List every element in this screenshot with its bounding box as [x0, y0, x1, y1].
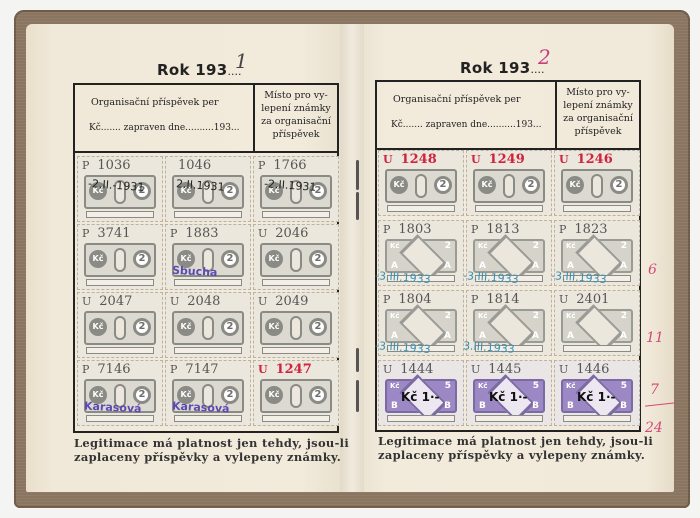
stamp-serial-number: 1247 [276, 362, 312, 377]
stamp-series-prefix: U [559, 293, 568, 306]
left-footer-note: Legitimace má platnost jen tehdy, jsou-l… [74, 436, 349, 464]
contribution-header-cell: Organisační příspěvek per Kč....... zapr… [377, 82, 557, 148]
stamp-series-prefix: U [471, 363, 480, 376]
kc-roundel: Kč [89, 318, 107, 336]
value-roundel: 2 [221, 250, 239, 268]
stamp-serial: U2046 [258, 226, 334, 241]
value-roundel: 2 [133, 318, 151, 336]
series-letter: A [620, 331, 627, 341]
kc-label: Kč [390, 312, 400, 320]
stamp-serial-number: 2049 [275, 294, 308, 309]
stamp-blank-strip [563, 345, 631, 352]
stamp-blank-strip [563, 415, 631, 422]
footer-line: zaplaceny příspěvky a vylepeny známky. [74, 450, 349, 464]
stamp-blank-strip [563, 205, 631, 212]
stamp-design: Kč2AA [385, 309, 457, 343]
revenue-stamp: U1444Kč5BBKč 1·- [378, 360, 464, 426]
revenue-stamp: P1803Kč2AA-3.III.1933 [378, 220, 464, 286]
kc-roundel: Kč [478, 176, 496, 194]
stamp-serial: P1803 [383, 222, 459, 237]
stamp-serial: U1247 [258, 362, 334, 377]
value-label: 2 [533, 311, 539, 321]
margin-note: 24 [645, 420, 663, 436]
stamp-serial: U1248 [383, 152, 459, 167]
stamp-place-line: lepení známky [557, 99, 639, 112]
right-footer-note: Legitimace má platnost jen tehdy, jsou-l… [378, 434, 653, 462]
series-letter: A [620, 261, 627, 271]
contribution-label: Organisační příspěvek per [393, 94, 521, 105]
handwritten-year-digit: 2 [538, 45, 551, 69]
value-label: 2 [445, 311, 451, 321]
stamp-blank-strip [387, 205, 455, 212]
mercury-head-icon [591, 174, 603, 198]
series-letter: B [444, 401, 451, 411]
revenue-stamp: P1036Kč2-2.II.-1931 [77, 156, 163, 222]
revenue-stamp: U2046Kč2 [253, 224, 339, 290]
stamp-design: Kč2AA [385, 239, 457, 273]
revenue-stamp: P1823Kč2AA-3.III.1933 [554, 220, 640, 286]
stamp-place-line: příspěvek [557, 125, 639, 138]
series-letter: B [479, 401, 486, 411]
cancellation-mark: -3.III.1933 [463, 269, 519, 286]
stamp-serial: U2047 [82, 294, 158, 309]
stamp-series-prefix: P [471, 293, 478, 306]
stamp-series-prefix: U [559, 153, 569, 166]
contribution-label: Organisační příspěvek per [91, 97, 219, 108]
value-roundel: 2 [610, 176, 628, 194]
stamp-design: Kč2 [385, 169, 457, 203]
year-label: Rok 193 [157, 61, 227, 79]
mercury-head-icon [415, 174, 427, 198]
kc-label: Kč [478, 242, 488, 250]
revenue-stamp: P1804Kč2AA-3.III.1933 [378, 290, 464, 356]
series-letter: A [444, 261, 451, 271]
kc-label: Kč [390, 382, 400, 390]
stamp-blank-strip [86, 211, 154, 218]
value-label: 5 [533, 381, 539, 391]
kc-roundel: Kč [265, 386, 283, 404]
mercury-head-icon [114, 248, 126, 272]
stamp-serial-number: 1249 [489, 152, 525, 167]
stamp-serial: P3741 [82, 226, 158, 241]
staple-bottom-1 [356, 348, 359, 372]
stamp-series-prefix: U [258, 363, 268, 376]
paid-date-line: Kč....... zapraven dne..........193... [89, 123, 240, 133]
footer-line: Legitimace má platnost jen tehdy, jsou-l… [74, 436, 349, 450]
series-letter: B [620, 401, 627, 411]
revenue-stamp: U2401Kč2AA [554, 290, 640, 356]
stamp-place-line: příspěvek [255, 128, 337, 141]
revenue-stamp: P7146Kč2Karasová [77, 360, 163, 426]
kc-roundel: Kč [265, 318, 283, 336]
kc-roundel: Kč [566, 176, 584, 194]
stamp-serial-number: 7147 [185, 362, 218, 377]
stamp-serial: U1445 [471, 362, 547, 377]
revenue-stamp: P1814Kč2AA3.III.1933 [466, 290, 552, 356]
stamp-design: Kč2AA [473, 309, 545, 343]
stamp-serial: U2049 [258, 294, 334, 309]
stamp-blank-strip [86, 415, 154, 422]
left-year-heading: Rok 193.... 1 [157, 61, 241, 79]
right-year-heading: Rok 193.... 2 [460, 59, 544, 77]
staple-top-2 [356, 192, 359, 220]
revenue-stamp: U2049Kč2 [253, 292, 339, 358]
stamp-blank-strip [174, 347, 242, 354]
revenue-stamp: P1883Kč2Sbucha [165, 224, 251, 290]
stamp-series-prefix: U [170, 295, 179, 308]
stamp-serial: U1246 [559, 152, 635, 167]
stamp-serial-number: 1036 [97, 158, 130, 173]
stamp-serial: 1046 [170, 158, 246, 173]
stamp-serial: U2048 [170, 294, 246, 309]
revenue-stamp: U2047Kč2 [77, 292, 163, 358]
stamp-serial: P7147 [170, 362, 246, 377]
stamp-serial-number: 1046 [178, 158, 211, 173]
stamp-blank-strip [475, 205, 543, 212]
stamp-series-prefix: P [383, 293, 390, 306]
kc-label: Kč [566, 242, 576, 250]
stamp-place-line: Místo pro vy- [557, 86, 639, 99]
stamp-design: Kč2 [84, 243, 156, 277]
contribution-header-cell: Organisační příspěvek per Kč....... zapr… [75, 85, 255, 151]
stamp-place-line: za organisační [557, 112, 639, 125]
margin-note: 11 [646, 330, 664, 346]
stamp-serial: U1444 [383, 362, 459, 377]
series-letter: A [444, 331, 451, 341]
stamp-design: Kč2AA [473, 239, 545, 273]
footer-line: Legitimace má platnost jen tehdy, jsou-l… [378, 434, 653, 448]
stamp-serial: P1814 [471, 292, 547, 307]
cancellation-mark: -3.III.1933 [375, 269, 431, 286]
cancellation-mark: Karasová [172, 400, 230, 416]
revenue-stamp: U1249Kč2 [466, 150, 552, 216]
stamp-serial: U1249 [471, 152, 547, 167]
stamp-place-line: Místo pro vy- [255, 89, 337, 102]
stamp-series-prefix: U [383, 363, 392, 376]
stamp-serial-number: 1248 [401, 152, 437, 167]
handwritten-year-digit: 1 [235, 49, 248, 73]
series-letter: B [567, 401, 574, 411]
value-label: 2 [621, 241, 627, 251]
paid-date-line: Kč....... zapraven dne..........193... [391, 120, 542, 130]
stamp-series-prefix: P [82, 159, 89, 172]
left-table-header: Organisační příspěvek per Kč....... zapr… [75, 85, 337, 153]
overprint: Kč 1·- [401, 390, 439, 404]
right-table-header: Organisační příspěvek per Kč....... zapr… [377, 82, 639, 150]
cancellation-mark: -3.III.1933 [375, 339, 431, 356]
kc-roundel: Kč [89, 250, 107, 268]
mercury-head-icon [114, 316, 126, 340]
mercury-head-icon [290, 384, 302, 408]
stamp-blank-strip [262, 279, 330, 286]
stamp-design: Kč2 [561, 169, 633, 203]
stamp-series-prefix: P [258, 159, 265, 172]
staple-top-1 [356, 160, 359, 190]
stamp-blank-strip [475, 415, 543, 422]
value-roundel: 2 [133, 250, 151, 268]
stamp-serial: U2401 [559, 292, 635, 307]
stamp-series-prefix: P [82, 363, 89, 376]
kc-label: Kč [390, 242, 400, 250]
revenue-stamp: U1446Kč5BBKč 1·- [554, 360, 640, 426]
revenue-stamp: U1247Kč2 [253, 360, 339, 426]
kc-roundel: Kč [177, 318, 195, 336]
value-roundel: 2 [221, 318, 239, 336]
stamp-blank-strip [86, 279, 154, 286]
revenue-stamp: U1248Kč2 [378, 150, 464, 216]
stamp-serial: U1446 [559, 362, 635, 377]
stamp-serial-number: 3741 [97, 226, 130, 241]
revenue-stamp: P7147Kč2Karasová [165, 360, 251, 426]
stamp-design: Kč2AA [561, 309, 633, 343]
stamp-serial-number: 7146 [97, 362, 130, 377]
kc-label: Kč [566, 382, 576, 390]
stamp-place-header-cell: Místo pro vy- lepení známky za organisač… [557, 82, 639, 148]
stamp-series-prefix: P [170, 363, 177, 376]
stamp-blank-strip [262, 211, 330, 218]
stamp-serial-number: 2048 [187, 294, 220, 309]
stamp-place-header-cell: Místo pro vy- lepení známky za organisač… [255, 85, 337, 151]
stamp-serial: P1766 [258, 158, 334, 173]
cancellation-mark: Sbucha [172, 264, 218, 279]
stamp-series-prefix: P [170, 227, 177, 240]
stamp-blank-strip [387, 415, 455, 422]
stamp-blank-strip [174, 279, 242, 286]
stamp-design: Kč2AA [561, 239, 633, 273]
margin-note: 6 [648, 262, 657, 278]
stamp-blank-strip [174, 415, 242, 422]
series-letter: A [567, 331, 574, 341]
stamp-series-prefix: P [383, 223, 390, 236]
series-letter: A [532, 261, 539, 271]
stamp-design: Kč2 [473, 169, 545, 203]
stamp-design: Kč2 [260, 243, 332, 277]
stamp-series-prefix: U [383, 153, 393, 166]
kc-roundel: Kč [265, 250, 283, 268]
mercury-head-icon [290, 316, 302, 340]
stamp-serial-number: 1246 [577, 152, 613, 167]
stamp-serial-number: 1766 [273, 158, 306, 173]
revenue-stamp: U1445Kč5BBKč 1·- [466, 360, 552, 426]
stamp-place-line: za organisační [255, 115, 337, 128]
year-label: Rok 193 [460, 59, 530, 77]
stamp-design: Kč2 [172, 311, 244, 345]
kc-label: Kč [478, 312, 488, 320]
stamp-serial: P1036 [82, 158, 158, 173]
revenue-stamp: U2048Kč2 [165, 292, 251, 358]
revenue-stamp: U1246Kč2 [554, 150, 640, 216]
stamp-serial-number: 2046 [275, 226, 308, 241]
kc-roundel: Kč [390, 176, 408, 194]
value-roundel: 2 [434, 176, 452, 194]
stamp-series-prefix: P [471, 223, 478, 236]
stamp-design: Kč2 [84, 311, 156, 345]
kc-label: Kč [478, 382, 488, 390]
stamp-series-prefix: U [559, 363, 568, 376]
stamp-serial: P1823 [559, 222, 635, 237]
value-roundel: 2 [309, 250, 327, 268]
stamp-serial: P1804 [383, 292, 459, 307]
series-letter: B [532, 401, 539, 411]
overprint: Kč 1·- [577, 390, 615, 404]
stamp-serial-number: 2047 [99, 294, 132, 309]
value-label: 5 [445, 381, 451, 391]
value-label: 5 [621, 381, 627, 391]
mercury-head-icon [202, 316, 214, 340]
stamp-serial-number: 1883 [185, 226, 218, 241]
series-letter: B [391, 401, 398, 411]
mercury-head-icon [290, 248, 302, 272]
cancellation-mark: 3.III.1933 [463, 339, 515, 356]
value-label: 2 [445, 241, 451, 251]
kc-label: Kč [566, 312, 576, 320]
revenue-stamp: P1813Kč2AA-3.III.1933 [466, 220, 552, 286]
series-letter: A [532, 331, 539, 341]
overprint: Kč 1·- [489, 390, 527, 404]
stamp-series-prefix: U [471, 153, 481, 166]
cancellation-mark: -3.III.1933 [551, 269, 607, 286]
revenue-stamp: P1766Kč2-2.II.1931 [253, 156, 339, 222]
staple-bottom-2 [356, 380, 359, 412]
value-label: 2 [533, 241, 539, 251]
footer-line: zaplaceny příspěvky a vylepeny známky. [378, 448, 653, 462]
stamp-serial: P7146 [82, 362, 158, 377]
cancellation-mark: Karasová [84, 400, 142, 416]
stamp-design: Kč2 [260, 379, 332, 413]
value-roundel: 2 [309, 386, 327, 404]
stamp-series-prefix: P [82, 227, 89, 240]
value-roundel: 2 [309, 318, 327, 336]
booklet-spine [340, 24, 364, 492]
stamp-blank-strip [262, 415, 330, 422]
stamp-serial: P1883 [170, 226, 246, 241]
value-roundel: 2 [522, 176, 540, 194]
revenue-stamp: P3741Kč2 [77, 224, 163, 290]
stamp-design: Kč2 [260, 311, 332, 345]
stamp-serial: P1813 [471, 222, 547, 237]
revenue-stamp: 1046Kč22.II.1931 [165, 156, 251, 222]
stamp-place-line: lepení známky [255, 102, 337, 115]
stamp-blank-strip [86, 347, 154, 354]
stamp-series-prefix: U [82, 295, 91, 308]
stamp-series-prefix: U [258, 227, 267, 240]
value-label: 2 [621, 311, 627, 321]
stamp-blank-strip [262, 347, 330, 354]
stamp-series-prefix: U [258, 295, 267, 308]
margin-note: 7 [650, 382, 659, 398]
mercury-head-icon [503, 174, 515, 198]
stamp-blank-strip [174, 211, 242, 218]
stamp-series-prefix: P [559, 223, 566, 236]
